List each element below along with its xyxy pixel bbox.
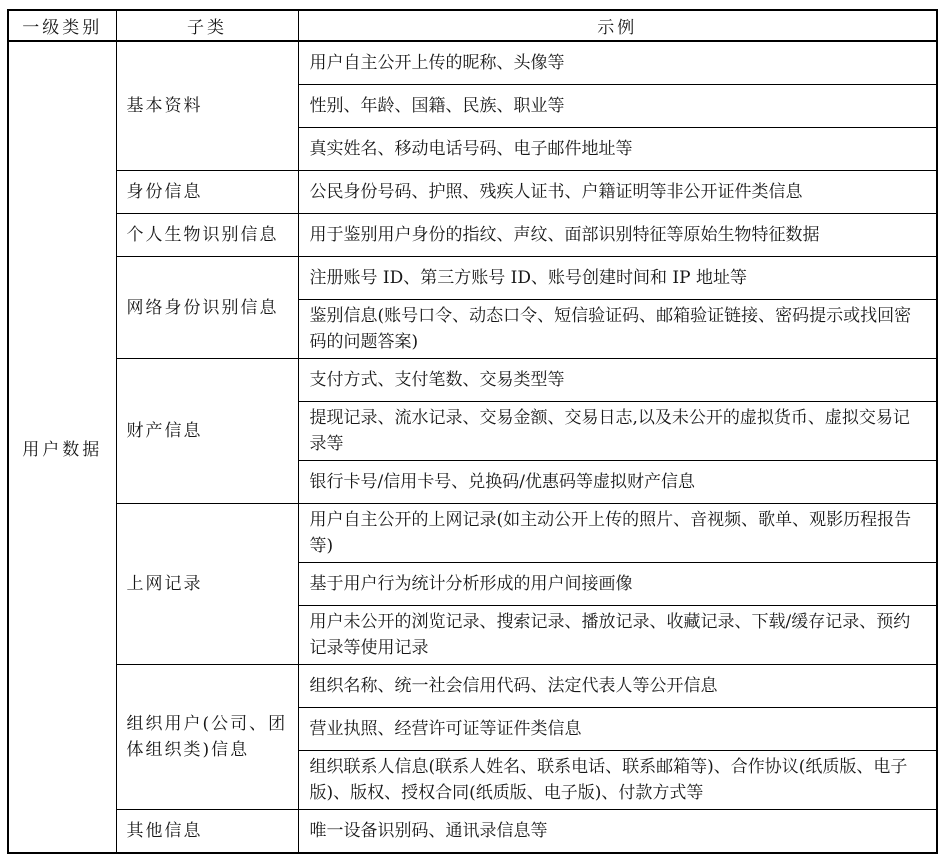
example-cell: 银行卡号/信用卡号、兑换码/优惠码等虚拟财产信息: [298, 461, 937, 504]
example-cell: 组织名称、统一社会信用代码、法定代表人等公开信息: [298, 665, 937, 708]
header-subcategory: 子类: [116, 10, 298, 41]
example-cell: 公民身份号码、护照、残疾人证书、户籍证明等非公开证件类信息: [298, 171, 937, 214]
table-row: 上网记录用户自主公开的上网记录(如主动公开上传的照片、音视频、歌单、观影历程报告…: [8, 504, 937, 563]
subcategory-cell: 上网记录: [116, 504, 298, 665]
table-row: 用户数据基本资料用户自主公开上传的昵称、头像等: [8, 41, 937, 85]
example-cell: 唯一设备识别码、通讯录信息等: [298, 810, 937, 854]
example-cell: 支付方式、支付笔数、交易类型等: [298, 359, 937, 402]
example-cell: 真实姓名、移动电话号码、电子邮件地址等: [298, 128, 937, 171]
subcategory-cell: 个人生物识别信息: [116, 214, 298, 257]
header-row: 一级类别 子类 示例: [8, 10, 937, 41]
example-cell: 基于用户行为统计分析形成的用户间接画像: [298, 563, 937, 606]
table-body: 用户数据基本资料用户自主公开上传的昵称、头像等性别、年龄、国籍、民族、职业等真实…: [8, 41, 937, 853]
user-data-classification-table: 一级类别 子类 示例 用户数据基本资料用户自主公开上传的昵称、头像等性别、年龄、…: [7, 9, 938, 854]
example-cell: 用户自主公开的上网记录(如主动公开上传的照片、音视频、歌单、观影历程报告等): [298, 504, 937, 563]
example-cell: 用于鉴别用户身份的指纹、声纹、面部识别特征等原始生物特征数据: [298, 214, 937, 257]
document-page: 一级类别 子类 示例 用户数据基本资料用户自主公开上传的昵称、头像等性别、年龄、…: [0, 0, 943, 803]
example-cell: 营业执照、经营许可证等证件类信息: [298, 708, 937, 751]
subcategory-cell: 基本资料: [116, 41, 298, 171]
example-cell: 注册账号 ID、第三方账号 ID、账号创建时间和 IP 地址等: [298, 257, 937, 300]
table-header: 一级类别 子类 示例: [8, 10, 937, 41]
header-examples: 示例: [298, 10, 937, 41]
table-row: 身份信息公民身份号码、护照、残疾人证书、户籍证明等非公开证件类信息: [8, 171, 937, 214]
subcategory-cell: 身份信息: [116, 171, 298, 214]
table-row: 网络身份识别信息注册账号 ID、第三方账号 ID、账号创建时间和 IP 地址等: [8, 257, 937, 300]
subcategory-cell: 财产信息: [116, 359, 298, 504]
table-row: 财产信息支付方式、支付笔数、交易类型等: [8, 359, 937, 402]
example-cell: 性别、年龄、国籍、民族、职业等: [298, 85, 937, 128]
table-row: 组织用户(公司、团体组织类)信息组织名称、统一社会信用代码、法定代表人等公开信息: [8, 665, 937, 708]
table-row: 个人生物识别信息用于鉴别用户身份的指纹、声纹、面部识别特征等原始生物特征数据: [8, 214, 937, 257]
subcategory-cell: 组织用户(公司、团体组织类)信息: [116, 665, 298, 810]
subcategory-cell: 其他信息: [116, 810, 298, 854]
example-cell: 用户自主公开上传的昵称、头像等: [298, 41, 937, 85]
subcategory-cell: 网络身份识别信息: [116, 257, 298, 359]
example-cell: 组织联系人信息(联系人姓名、联系电话、联系邮箱等)、合作协议(纸质版、电子版)、…: [298, 751, 937, 810]
table-row: 其他信息唯一设备识别码、通讯录信息等: [8, 810, 937, 854]
example-cell: 提现记录、流水记录、交易金额、交易日志,以及未公开的虚拟货币、虚拟交易记录等: [298, 402, 937, 461]
example-cell: 用户未公开的浏览记录、搜索记录、播放记录、收藏记录、下载/缓存记录、预约记录等使…: [298, 606, 937, 665]
level1-category-cell: 用户数据: [8, 41, 116, 853]
example-cell: 鉴别信息(账号口令、动态口令、短信验证码、邮箱验证链接、密码提示或找回密码的问题…: [298, 300, 937, 359]
header-level1-category: 一级类别: [8, 10, 116, 41]
